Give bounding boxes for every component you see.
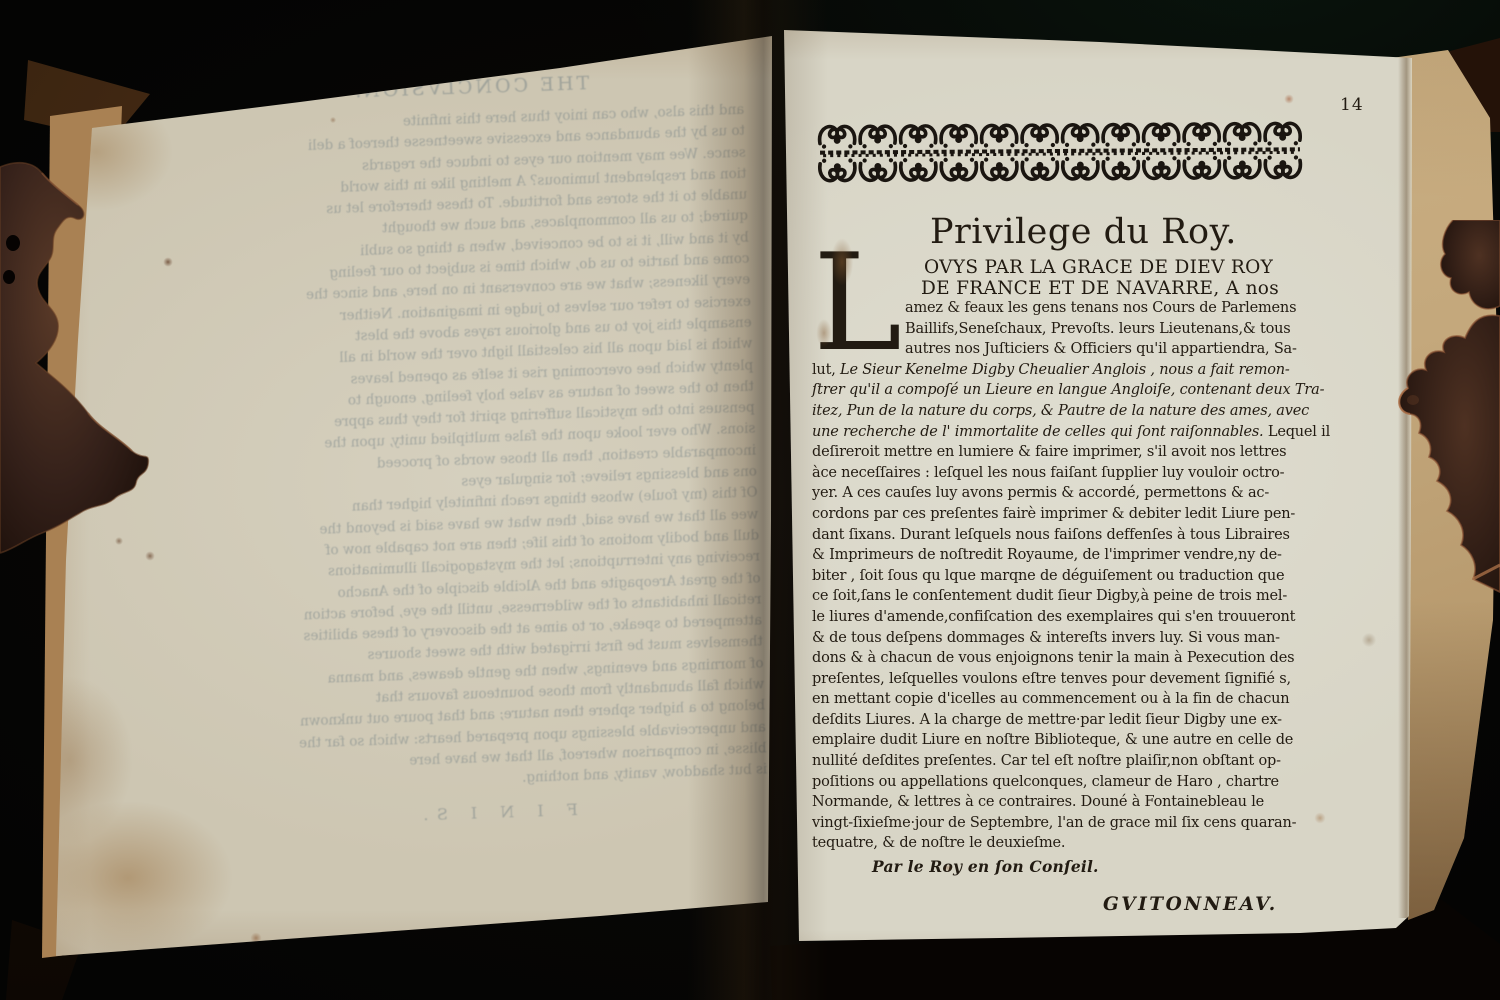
privilege-text-line: lut, Le Sieur Kenelme Digby Cheualier An… — [812, 360, 1317, 381]
bleedthrough-text: THE CONCLVSION. and this also, who can i… — [198, 67, 771, 896]
left-clasp-icon — [0, 155, 160, 565]
finis-text: F I N I S. — [223, 793, 768, 831]
bleedthrough-text-line: wee all that we have said, then what we … — [213, 504, 758, 544]
opening-caps-line: DE FRANCE ET DE NAVARRE, A nos — [921, 278, 1279, 299]
right-clasp-icon — [1383, 220, 1500, 605]
privilege-text-line: yer. A ces cauſes luy avons permis & acc… — [812, 483, 1317, 504]
printer-signature: GVITONNEAV. — [1103, 894, 1278, 915]
opening-caps-line: OVYS PAR LA GRACE DE DIEV ROY — [924, 257, 1273, 278]
bleedthrough-text-line: every likeness; what we are conversant i… — [205, 270, 750, 310]
privilege-text-line: nullité deſdites preſentes. Car tel eſt … — [812, 751, 1317, 772]
bleedthrough-text-line: plenty which hee overcoming rise it self… — [208, 355, 753, 395]
bleedthrough-text-line: come and hartie to us do, which time is … — [204, 249, 749, 289]
privilege-text-line: une recherche de l' immortalite de celle… — [812, 422, 1317, 443]
bleedthrough-text-line: unable to it the stores and fortitude. T… — [202, 185, 747, 225]
privilege-text-line: dant ſixans. Durant leſquels nous faiſon… — [812, 525, 1317, 546]
bleedthrough-text-line: themselves must be first irrigated with … — [218, 632, 763, 672]
privilege-text-line: & de tous deſpens dommages & intereſts i… — [812, 628, 1317, 649]
bleedthrough-text-line: which is laid upon all his celestiall li… — [207, 334, 752, 374]
bleedthrough-text-line: exercise to refer our selves to judge in… — [206, 291, 751, 331]
privilege-text-line: emplaire dudit Liure en noſtre Biblioteq… — [812, 730, 1317, 751]
privilege-text-line: Normande, & lettres à ce contraires. Dou… — [812, 792, 1317, 813]
privilege-text-line: àce neceſſaires : leſquel les nous faiſa… — [812, 463, 1317, 484]
bleedthrough-text-line: receiving any interruptions; let the mys… — [215, 547, 760, 587]
privilege-text-line: le liures d'amende,confiſcation des exem… — [812, 607, 1317, 628]
bleedthrough-lines: and this also, who can inioy thus here t… — [199, 100, 767, 800]
page-number: 14 — [1340, 95, 1364, 115]
bleedthrough-text-line: sence. Wee may mention our eyes to induc… — [201, 142, 746, 182]
bleedthrough-text-line: of mornings and evenings, when the gentl… — [219, 653, 764, 693]
privilege-text-line: biter , ſoit ſous qu lque marqne de dégu… — [812, 566, 1317, 587]
gutter-shadow — [688, 0, 828, 1000]
privilege-text-line: ce ſoit,ſans le conſentement dudit ſieur… — [812, 586, 1317, 607]
bleedthrough-text-line: attempered to speake, or to aime at the … — [217, 611, 762, 651]
privilege-text-line: vingt-ſixieſme·jour de Septembre, l'an d… — [812, 813, 1317, 834]
bleedthrough-text-line: tion and resplendent luminous? A melting… — [201, 164, 746, 204]
privilege-text-line: & Imprimeurs de noſtredit Royaume, de l'… — [812, 545, 1317, 566]
bleedthrough-text-line: sions. Who ever looke upon the false mul… — [210, 419, 755, 459]
bleedthrough-text-line: Of this (my foule) whose things reach in… — [213, 483, 758, 523]
privilege-text-line: amez & feaux les gens tenans nos Cours d… — [905, 298, 1317, 319]
bleedthrough-text-line: which fall abundantly from those bounteo… — [219, 674, 764, 714]
bleedthrough-text-line: belong to a higher sphere then nature; a… — [220, 696, 765, 736]
bleedthrough-text-line: quired; to us all commonplaces, and such… — [203, 206, 748, 246]
privilege-text-line: Baillifs,Seneſchaux, Prevoſts. leurs Lie… — [905, 319, 1317, 340]
bleedthrough-text-line: incomparable creation, then all those wo… — [211, 440, 756, 480]
bleedthrough-text-line: dull and bodily motions of this life; th… — [214, 525, 759, 565]
privilege-text-line: preſentes, leſquelles voulons eſtre tenv… — [812, 669, 1317, 690]
privilege-text-line: deſireroit mettre en lumiere & faire imp… — [812, 442, 1317, 463]
bleedthrough-text-line: blisse, in comparison whereof, all that … — [221, 738, 766, 778]
privilege-text-line: dons & à chacun de vous enjoignons tenir… — [812, 648, 1317, 669]
privilege-title: Privilege du Roy. — [930, 212, 1237, 252]
privilege-text-line: ſtrer qu'il a compoſé un Lieure en langu… — [812, 380, 1317, 401]
bleedthrough-text-line: then to the sweet of nature as valse hol… — [209, 376, 754, 416]
bleedthrough-text-line — [213, 483, 758, 502]
privilege-text-line: deſdits Liures. A la charge de mettre·pa… — [812, 710, 1317, 731]
bleedthrough-text-line: and this also, who can inioy thus here t… — [199, 100, 744, 140]
privilege-body-text: amez & feaux les gens tenans nos Cours d… — [812, 298, 1317, 854]
privilege-text-line: en mettant copie d'icelles au commenceme… — [812, 689, 1317, 710]
bleedthrough-text-line: is but shaddow, vanity, and nothing. — [222, 760, 767, 800]
bleedthrough-text-line: reticall inhabitants of the wildernesse,… — [216, 589, 761, 629]
bleedthrough-text-line: ons and blessings relieve; for singular … — [212, 462, 757, 502]
bleedthrough-text-line: to us by the abundance and excessive swe… — [200, 121, 745, 161]
privilege-text-line: cordons par ces preſentes fairè imprimer… — [812, 504, 1317, 525]
bleedthrough-text-line: ensample this joy to us and glorious ray… — [207, 313, 752, 353]
privilege-text-line: autres nos Juſticiers & Officiers qu'il … — [905, 339, 1317, 360]
bleedthrough-text-line: by it and will, it is to be conceived, w… — [204, 227, 749, 267]
privilege-text-line: tequatre, & de noſtre le deuxieſme. — [812, 833, 1317, 854]
privilege-text-line: itez, Pun de la nature du corps, & Pautr… — [812, 401, 1317, 422]
bleedthrough-text-line: of the great Areopagite and the Alcible … — [216, 568, 761, 608]
bleedthrough-text-line: pensues into the mysticall suffering spi… — [210, 398, 755, 438]
bleedthrough-text-line: and unperceivable blessings upon prepare… — [221, 717, 766, 757]
headpiece-ornament — [817, 117, 1303, 186]
privilege-text-line: poſitions ou appellations quelconques, c… — [812, 772, 1317, 793]
bleedthrough-text-line — [213, 483, 758, 502]
royal-signoff: Par le Roy en ſon Conſeil. — [872, 857, 1099, 876]
